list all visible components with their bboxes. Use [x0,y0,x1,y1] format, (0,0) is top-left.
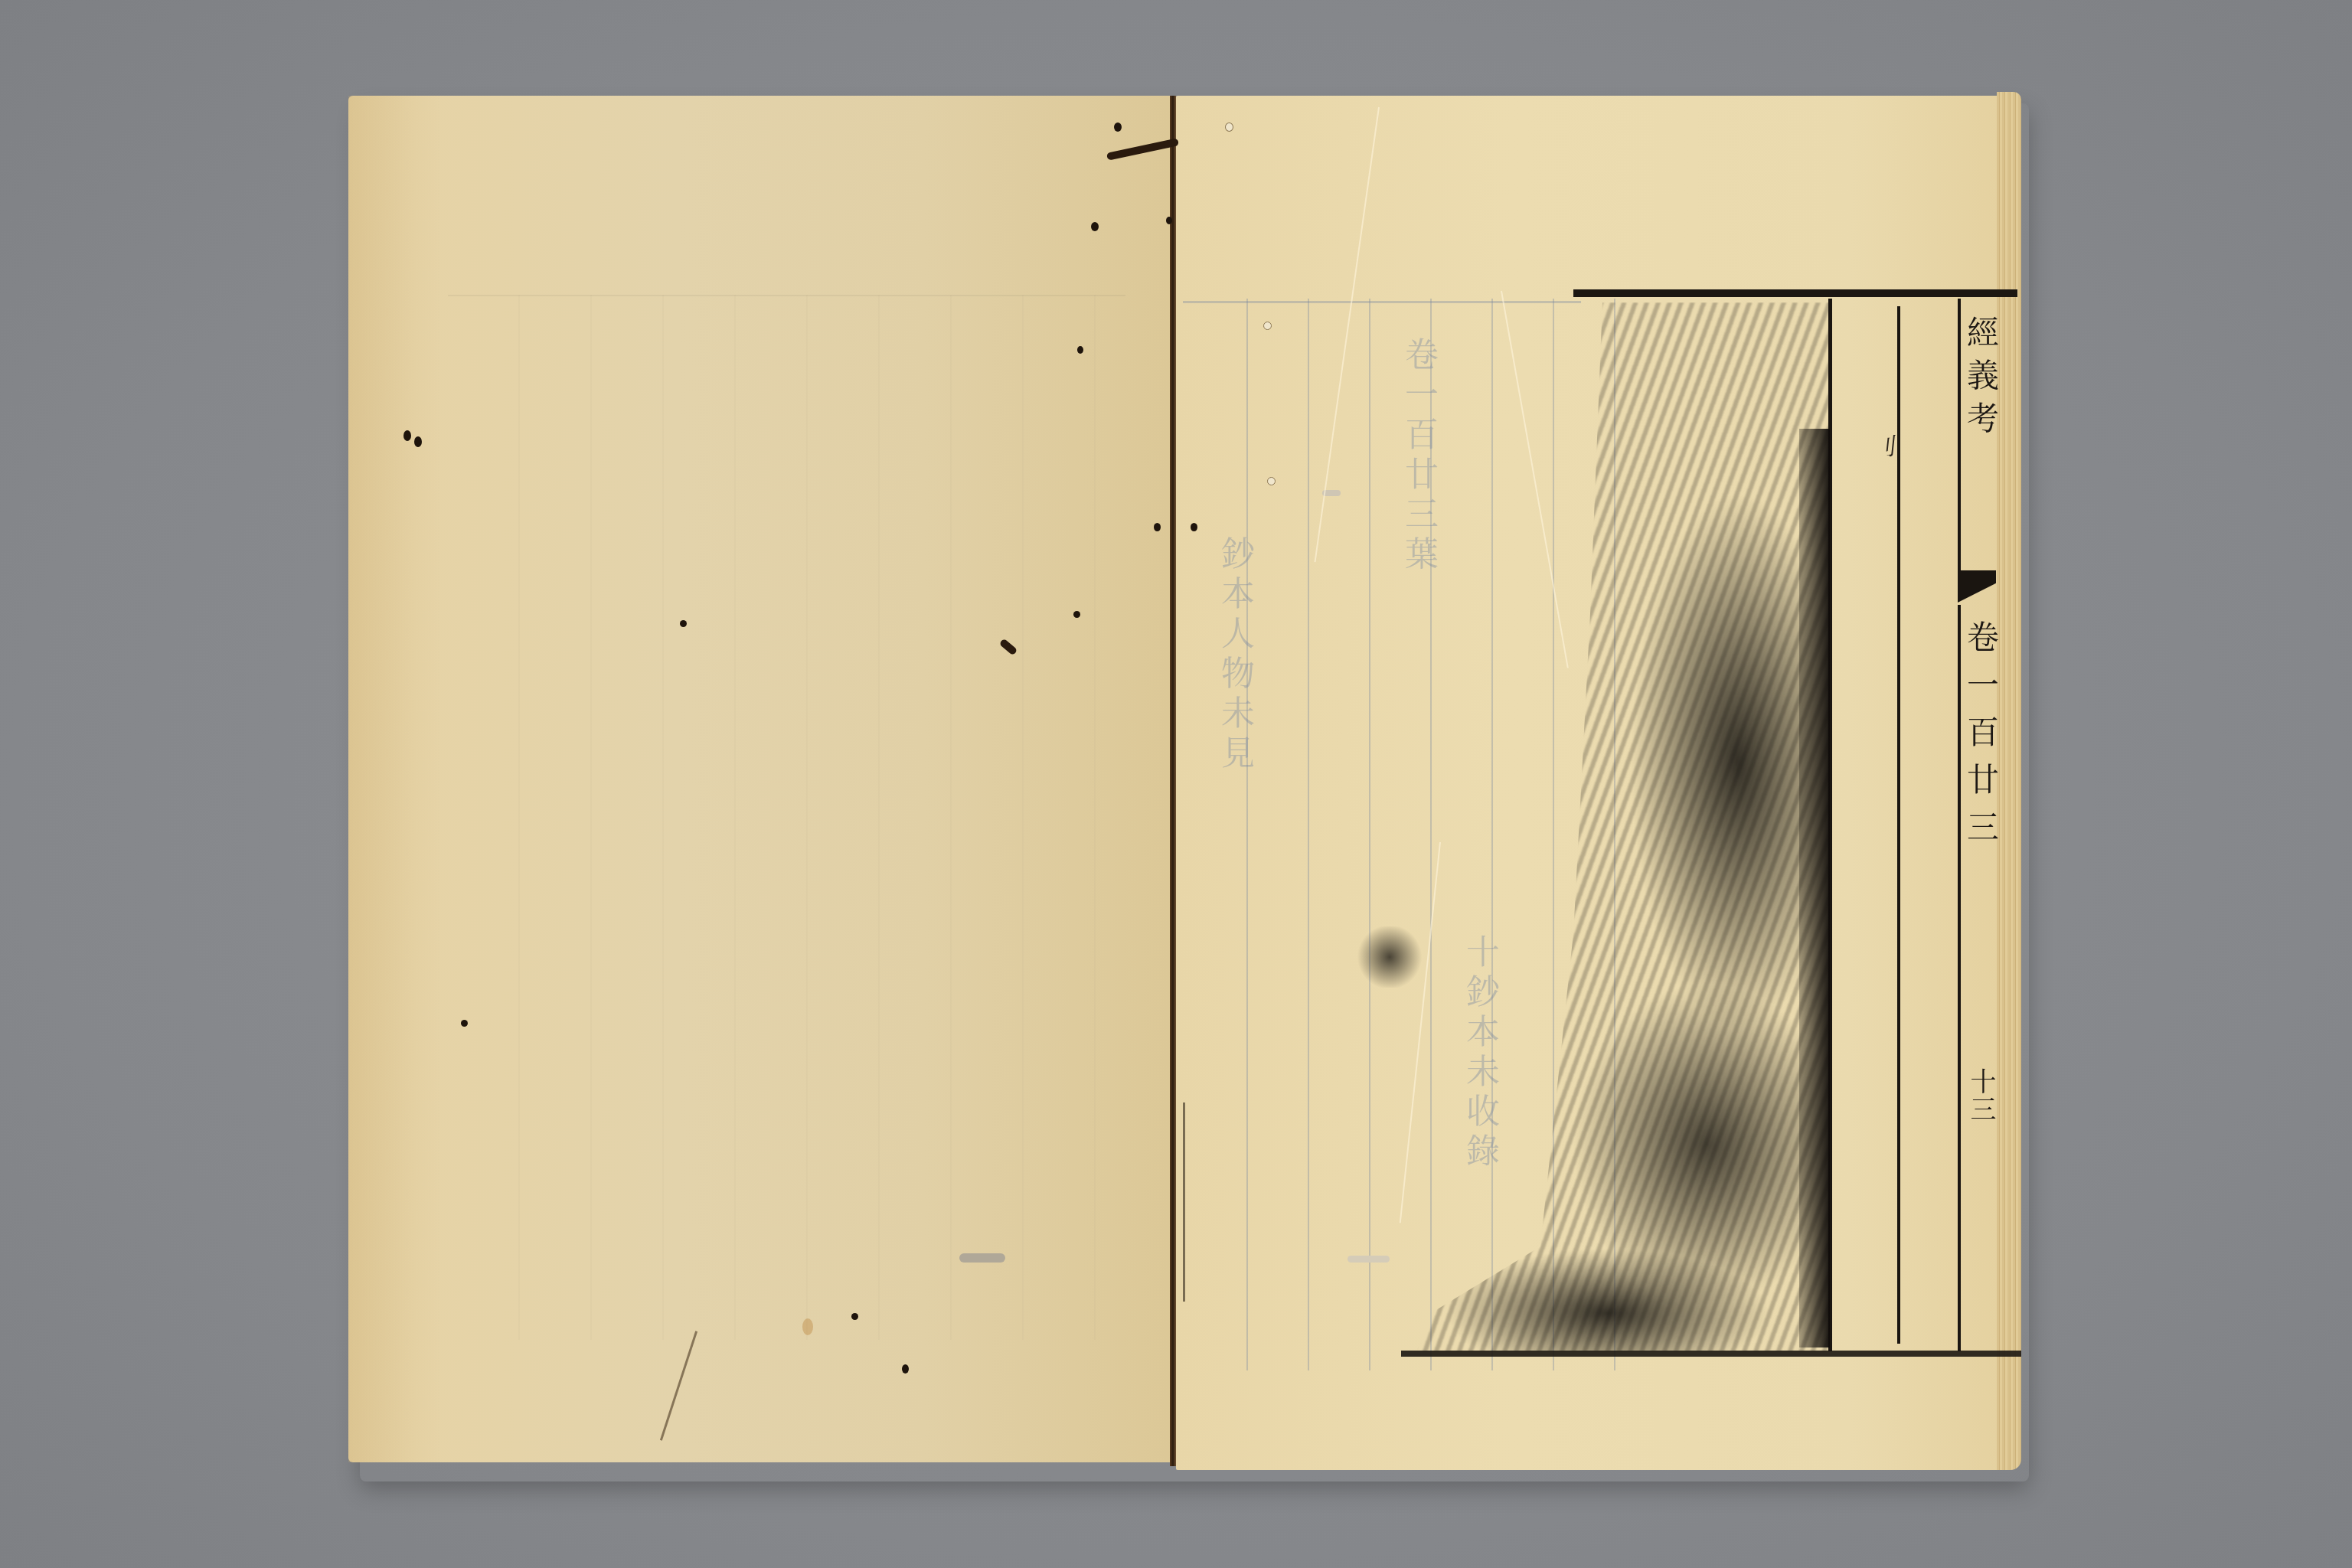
banxin-juan: 卷一百廿三 [1964,620,1998,857]
wormhole [902,1364,909,1374]
wormhole-trail [959,1253,1005,1263]
banxin-column: 經義考 卷一百廿三 十三 [1964,299,1998,1351]
ghost-text-column: 卷一百廿三葉 [1393,337,1442,576]
wormhole [403,430,411,441]
gutter-damage [1183,1102,1185,1302]
wormhole [1225,122,1233,132]
wormhole [414,436,422,447]
wormhole [1191,523,1197,531]
wormhole [1267,477,1276,485]
wormhole [461,1020,468,1027]
printed-frame-top [1573,289,2017,297]
open-book: 卷一百廿三葉 鈔本人物未見 十鈔本未收錄 經義考 卷一百廿三 十三 刂 [0,0,2352,1568]
printed-column-line [1897,306,1900,1344]
banxin-rule-lower [1958,605,1961,1351]
wormhole [1154,523,1161,531]
wormhole [1263,322,1272,330]
ink-smear-edge [1799,429,1830,1347]
left-page [348,96,1171,1462]
left-page-edge-tint [348,96,440,1462]
handwritten-mark: 刂 [1870,427,1897,464]
stacked-page-edges [1997,92,2021,1470]
wormhole [1073,611,1080,618]
wormhole [680,620,687,627]
banxin-rule-upper [1958,299,1961,570]
wormhole [1091,222,1099,231]
banxin-title: 經義考 [1964,315,1998,444]
wormhole-trail [1347,1256,1390,1263]
paper-stain [802,1318,813,1335]
book-gutter [1170,96,1176,1466]
wormhole [1166,217,1172,224]
printed-frame-bottom [1401,1351,2021,1357]
wormhole [851,1313,858,1320]
ink-blot [1355,926,1424,988]
wormhole [1077,346,1083,354]
banxin-folio-number: 十三 [1964,1068,1998,1123]
ghost-text-column: 鈔本人物未見 [1210,536,1259,775]
ghost-text-column: 十鈔本未收錄 [1455,934,1504,1173]
wormhole [1114,122,1122,132]
